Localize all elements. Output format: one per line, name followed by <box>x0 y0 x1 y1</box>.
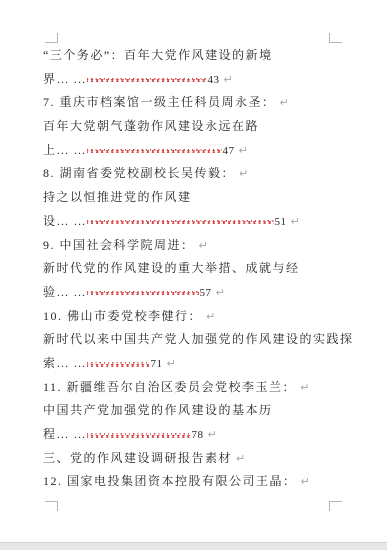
spellcheck-squiggle-icon <box>87 433 191 438</box>
toc-line[interactable]: 索… …71↵ <box>43 352 349 376</box>
toc-line[interactable]: 新时代党的作风建设的重大举措、成就与经 <box>43 257 349 281</box>
pilcrow-mark: ↵ <box>300 381 309 394</box>
toc-line-text: 索 <box>43 356 57 370</box>
pilcrow-mark: ↵ <box>280 96 289 109</box>
pilcrow-mark: ↵ <box>301 475 310 488</box>
dot-leader: … … <box>57 72 87 86</box>
toc-page-number: 43 <box>208 74 220 86</box>
pilcrow-mark: ↵ <box>236 452 245 465</box>
toc-line[interactable]: 验… …57↵ <box>43 281 349 305</box>
toc-line[interactable]: 11. 新疆维吾尔自治区委员会党校李玉兰：↵ <box>43 376 349 400</box>
toc-line[interactable]: 新时代以来中国共产党人加强党的作风建设的实践探 <box>43 328 349 352</box>
pilcrow-mark: ↵ <box>206 310 215 323</box>
spellcheck-squiggle-icon <box>87 149 222 154</box>
toc-page-number: 57 <box>200 287 212 299</box>
toc-line[interactable]: 百年大党朝气蓬勃作风建设永远在路 <box>43 115 349 139</box>
pilcrow-mark: ↵ <box>208 428 217 441</box>
pilcrow-mark: ↵ <box>224 73 233 86</box>
toc-line[interactable]: 界… …43↵ <box>43 68 349 92</box>
spellcheck-squiggle-icon <box>87 362 150 367</box>
toc-line[interactable]: 程… …78↵ <box>43 423 349 447</box>
dot-leader: … … <box>57 143 87 157</box>
dot-leader: … … <box>57 285 87 299</box>
toc-line-text: 程 <box>43 427 57 441</box>
toc-line-text: 界 <box>43 72 57 86</box>
toc-line-text: 9. 中国社会科学院周进： <box>43 238 195 252</box>
toc-line[interactable]: 中国共产党加强党的作风建设的基本历 <box>43 399 349 423</box>
toc-line-text: 12. 国家电投集团资本控股有限公司王晶： <box>43 474 297 488</box>
toc-line-text: 三、党的作风建设调研报告素材 <box>43 451 232 465</box>
toc-line[interactable]: 10. 佛山市委党校李健行：↵ <box>43 305 349 329</box>
toc-line-text: 百年大党朝气蓬勃作风建设永远在路 <box>43 119 259 133</box>
spellcheck-squiggle-icon <box>87 78 207 83</box>
toc-line-text: 8. 湖南省委党校副校长吴传毅： <box>43 166 235 180</box>
toc-line-text: 设 <box>43 214 57 228</box>
crop-mark-bottom-right <box>329 501 342 511</box>
toc-page-number: 78 <box>192 429 204 441</box>
toc-line-text: 新时代以来中国共产党人加强党的作风建设的实践探 <box>43 332 354 346</box>
dot-leader: … … <box>57 214 87 228</box>
toc-line-text: “三个务必”：百年大党作风建设的新境 <box>43 48 273 62</box>
toc-line[interactable]: 7. 重庆市档案馆一级主任科员周永圣：↵ <box>43 91 349 115</box>
dot-leader: … … <box>57 427 87 441</box>
toc-page-number: 51 <box>275 216 287 228</box>
toc-line-text: 持之以恒推进党的作风建 <box>43 190 192 204</box>
toc-line[interactable]: 8. 湖南省委党校副校长吴传毅：↵ <box>43 162 349 186</box>
dot-leader: … … <box>57 356 87 370</box>
toc-line-text: 上 <box>43 143 57 157</box>
toc-line-text: 11. 新疆维吾尔自治区委员会党校李玉兰： <box>43 380 296 394</box>
pilcrow-mark: ↵ <box>291 215 300 228</box>
toc-line-text: 中国共产党加强党的作风建设的基本历 <box>43 403 273 417</box>
spellcheck-squiggle-icon <box>87 220 274 225</box>
pilcrow-mark: ↵ <box>167 357 176 370</box>
toc-line[interactable]: 9. 中国社会科学院周进：↵ <box>43 234 349 258</box>
toc-line[interactable]: 三、党的作风建设调研报告素材↵ <box>43 447 349 471</box>
pilcrow-mark: ↵ <box>216 286 225 299</box>
pilcrow-mark: ↵ <box>199 239 208 252</box>
pilcrow-mark: ↵ <box>239 167 248 180</box>
page-gap <box>0 542 387 550</box>
toc-page-number: 71 <box>151 358 163 370</box>
toc-content: “三个务必”：百年大党作风建设的新境 界… …43↵ 7. 重庆市档案馆一级主任… <box>43 44 349 494</box>
crop-mark-bottom-left <box>45 501 58 511</box>
toc-line[interactable]: 12. 国家电投集团资本控股有限公司王晶：↵ <box>43 470 349 494</box>
toc-line-text: 验 <box>43 285 57 299</box>
toc-line-text: 新时代党的作风建设的重大举措、成就与经 <box>43 261 300 275</box>
crop-mark-top-right <box>329 33 342 43</box>
toc-page-number: 47 <box>223 145 235 157</box>
toc-line[interactable]: 上… …47↵ <box>43 139 349 163</box>
toc-line[interactable]: “三个务必”：百年大党作风建设的新境 <box>43 44 349 68</box>
spellcheck-squiggle-icon <box>87 291 199 296</box>
toc-line[interactable]: 设… …51↵ <box>43 210 349 234</box>
toc-line[interactable]: 持之以恒推进党的作风建 <box>43 186 349 210</box>
toc-line-text: 7. 重庆市档案馆一级主任科员周永圣： <box>43 95 276 109</box>
toc-line-text: 10. 佛山市委党校李健行： <box>43 309 202 323</box>
document-page: “三个务必”：百年大党作风建设的新境 界… …43↵ 7. 重庆市档案馆一级主任… <box>0 0 387 550</box>
pilcrow-mark: ↵ <box>239 144 248 157</box>
crop-mark-top-left <box>45 33 58 43</box>
